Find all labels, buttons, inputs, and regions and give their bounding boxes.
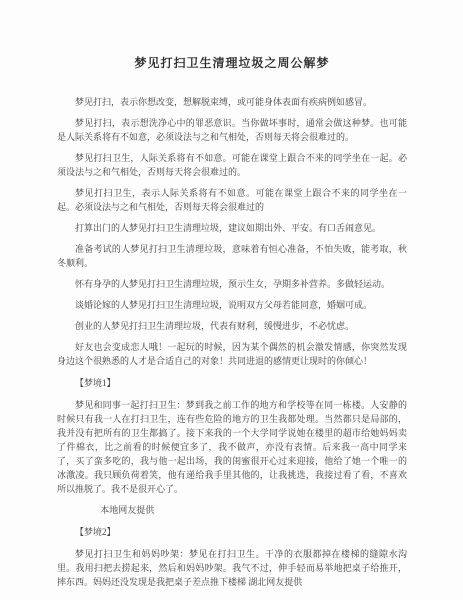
page-title: 梦见打扫卫生清理垃圾之周公解梦 <box>57 54 407 71</box>
paragraph-exam-taker: 准备考试的人梦见打扫卫生清理垃圾，意味着有恒心准备，不怕失败，能考取，秋冬顺利。 <box>57 242 407 270</box>
dream2-heading: 【梦境2】 <box>57 525 407 539</box>
paragraph-dream-sweep-1: 梦见打扫，表示你想改变，想解脱束缚，或可能身体表面有疾病例如感冒。 <box>57 95 407 109</box>
paragraph-dream-sweep-2: 梦见打扫，表示想洗净心中的罪恶意识。当你做坏事时，通常会做这种梦。也可能是人际关… <box>57 116 407 144</box>
dream2-body: 梦见打扫卫生和妈妈吵架：梦见在打扫卫生。干净的衣服都掉在楼梯的缝隙水沟里。我用扫… <box>57 547 407 589</box>
paragraph-dream-cleaning-2: 梦见打扫卫生，表示人际关系将有不如意。可能在课堂上跟合不来的同学坐在一起。必须设… <box>57 186 407 214</box>
paragraph-pregnant: 怀有身孕的人梦见打扫卫生清理垃圾，预示生女，孕期多补营养。多做轻运动。 <box>57 277 407 291</box>
dream1-heading: 【梦境1】 <box>57 376 407 390</box>
dream1-body: 梦见和同事一起打扫卫生：梦到我之前工作的地方和学校等在同一栋楼。人安静的时候只有… <box>57 398 407 496</box>
paragraph-dream-cleaning-1: 梦见打扫卫生，人际关系将有不如意。可能在课堂上跟合不来的同学坐在一起。必须设法与… <box>57 151 407 179</box>
paragraph-entrepreneur: 创业的人梦见打扫卫生清理垃圾，代表有财利，缓慢进步，不必忧虑。 <box>57 319 407 333</box>
paragraph-marriage: 谈婚论嫁的人梦见打扫卫生清理垃圾，说明双方父母若能同意，婚姻可成。 <box>57 298 407 312</box>
document-page: 梦见打扫卫生清理垃圾之周公解梦 梦见打扫，表示你想改变，想解脱束缚，或可能身体表… <box>0 0 463 600</box>
paragraph-romance: 好友也会变成恋人哦！一起玩的时候，因为某个偶然的机会激发情感，你突然发现身边这个… <box>57 340 407 368</box>
dream1-attribution: 本地网友提供 <box>57 503 407 517</box>
paragraph-traveler: 打算出门的人梦见打扫卫生清理垃圾，建议如期出外、平安。有口舌闹意见。 <box>57 221 407 235</box>
